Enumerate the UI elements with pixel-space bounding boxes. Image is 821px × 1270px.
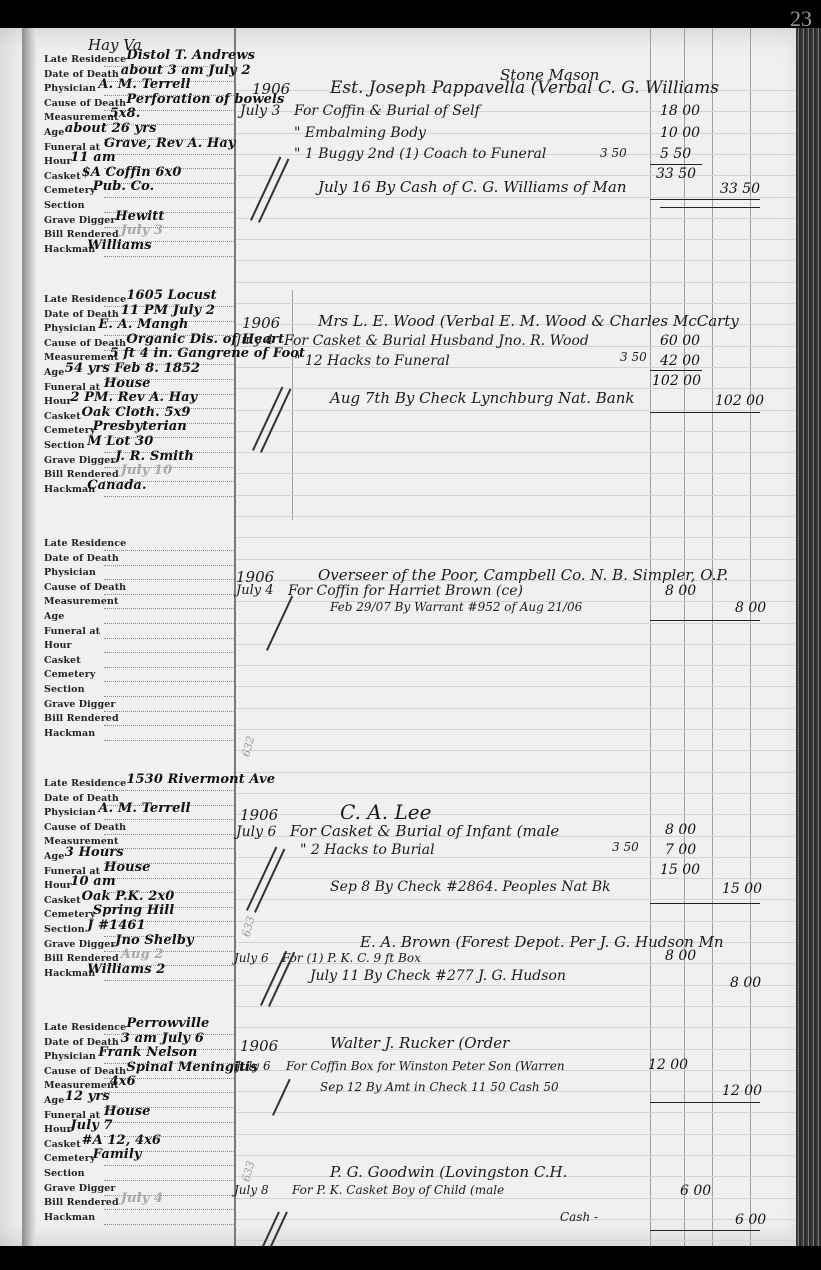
field-dotted-line [104,1180,236,1181]
field-dotted-line [104,878,236,879]
field-value: House [104,1104,151,1119]
ledger-rule [236,537,796,538]
entry-total: 33 50 [656,166,696,182]
entry-date: July 4 [236,583,274,598]
charge-line: For Coffin Box for Winston Peter Son (Wa… [286,1059,565,1073]
field-value: 1605 Locust [126,288,216,303]
payment-line: Cash - [560,1210,598,1224]
ledger-rule [236,708,796,709]
account-name: Overseer of the Poor, Campbell Co. N. B.… [318,566,728,584]
field-dotted-line [104,980,236,981]
entry-total: 15 00 [660,862,700,878]
field-value: House [104,860,151,875]
field-label: Cemetery [44,185,95,196]
field-value: 54 yrs Feb 8. 1852 [65,361,200,376]
sum-underline [650,370,702,371]
ledger-rule [236,772,796,773]
field-dotted-line [104,740,236,741]
field-label: Age [44,367,64,378]
field-label: Date of Death [44,553,119,564]
field-dotted-line [104,623,236,624]
page-number: 23 [790,6,812,32]
ledger-rule [236,495,796,496]
ledger-rule [236,473,796,474]
charge-line: For Coffin for Harriet Brown (ce) [288,583,523,599]
field-label: Age [44,1095,64,1106]
field-row: Age [44,611,234,625]
field-row: Section [44,1168,234,1182]
field-value: Aug 2 [121,947,164,962]
settled-underline [650,620,760,621]
settled-underline [650,1102,760,1103]
field-label: Section [44,200,85,211]
field-row: HackmanWilliams [44,244,234,258]
payment-line: Aug 7th By Check Lynchburg Nat. Bank [330,389,634,407]
ledger-rule [236,1006,796,1007]
payment-amount: 33 50 [720,181,760,197]
field-value: July 7 [70,1118,112,1133]
charge-amount: 6 00 [680,1183,711,1199]
field-dotted-line [104,1165,236,1166]
field-row: HackmanCanada. [44,484,234,498]
entry-year: 1906 [240,806,278,824]
entry-year: 1906 [240,1037,278,1055]
page-stack-edge [796,28,821,1246]
charge-amount: 7 00 [665,842,696,858]
settled-underline [650,1230,760,1231]
field-row: Cause of Death [44,582,234,596]
field-dotted-line [104,608,236,609]
field-label: Casket [44,171,81,182]
field-value: Family [93,1147,142,1162]
field-value: 3 Hours [65,845,124,860]
payment-amount: 15 00 [722,881,762,897]
field-row: Bill Rendered [44,713,234,727]
ledger-rule [236,985,796,986]
ledger-rule [236,1155,796,1156]
field-row: Hour [44,640,234,654]
ledger-rule [236,1198,796,1199]
ledger-rule [236,644,796,645]
field-dotted-line [104,725,236,726]
ledger-rule [236,410,796,411]
field-dotted-line [104,681,236,682]
field-value: Pub. Co. [93,179,154,194]
charge-line: For Casket & Burial Husband Jno. R. Wood [284,333,589,349]
payment-line: Sep 8 By Check #2864. Peoples Nat Bk [330,879,611,895]
ledger-rule [236,282,796,283]
column-divider-credit [712,28,713,1246]
field-label: Casket [44,411,81,422]
payment-line: July 16 By Cash of C. G. Williams of Man [318,178,626,196]
field-value: Perrowville [126,1016,209,1031]
ledger-rule [236,1134,796,1135]
field-value: Oak P.K. 2x0 [82,889,175,904]
field-dotted-line [104,496,236,497]
field-dotted-line [104,565,236,566]
account-name: C. A. Lee [340,800,431,824]
charge-amount: 5 50 [660,146,691,162]
ledger-rule [236,899,796,900]
payment-amount: 102 00 [715,393,764,409]
field-label: Bill Rendered [44,1197,119,1208]
ledger-rule [236,1240,796,1241]
ledger-rule [236,303,796,304]
field-label: Grave Digger [44,455,116,466]
field-dotted-line [104,594,236,595]
field-value: $A Coffin 6x0 [82,165,182,180]
charge-rate: 3 50 [620,350,647,364]
charge-line: " Embalming Body [294,125,426,141]
field-value: Hewitt [115,209,164,224]
field-label: Cause of Death [44,822,126,833]
charge-amount: 42 00 [660,353,700,369]
charge-amount: 10 00 [660,125,700,141]
ledger-rule [236,516,796,517]
field-row: Funeral at [44,626,234,640]
ledger-rule [236,793,796,794]
field-label: Physician [44,1051,96,1062]
field-value: 12 yrs [65,1089,110,1104]
charge-amount: 8 00 [665,948,696,964]
field-value: Williams 2 [87,962,165,977]
charge-line: For P. K. Casket Boy of Child (male [292,1183,504,1197]
entry-year: 1906 [252,80,290,98]
payment-line: July 11 By Check #277 J. G. Hudson [310,968,566,984]
field-label: Hackman [44,728,95,739]
field-dotted-line [104,154,236,155]
charge-line: For Casket & Burial of Infant (male [290,822,559,840]
field-label: Section [44,924,85,935]
field-label: Section [44,684,85,695]
payment-amount: 8 00 [735,600,766,616]
field-row: CemeteryPub. Co. [44,185,234,199]
field-dotted-line [104,1224,236,1225]
field-value: Distol T. Andrews [126,48,255,63]
field-value: House [104,376,151,391]
field-value: Presbyterian [93,419,187,434]
ledger-rule [236,431,796,432]
field-label: Section [44,440,85,451]
field-label: Physician [44,323,96,334]
entry-date: July 6 [234,951,269,965]
field-label: Hour [44,396,72,407]
field-row: Casket [44,655,234,669]
ledger-rule [236,559,796,560]
field-label: Cemetery [44,669,95,680]
field-row: HackmanWilliams 2 [44,968,234,982]
charge-line: For Coffin & Burial of Self [294,103,480,119]
field-label: Age [44,611,64,622]
field-label: Cause of Death [44,582,126,593]
charge-amount: 8 00 [665,822,696,838]
field-label: Physician [44,567,96,578]
field-dotted-line [104,579,236,580]
ledger-rule [236,814,796,815]
field-label: Late Residence [44,778,126,789]
entry-date: July 6 [236,1059,271,1073]
field-dotted-line [104,1122,236,1123]
field-label: Hackman [44,1212,95,1223]
field-row: Date of Death [44,553,234,567]
field-row: PhysicianA. M. Terrell [44,807,234,821]
field-row: Measurement [44,596,234,610]
field-row: Cause of Death [44,822,234,836]
settled-underline [660,207,760,208]
field-value: about 26 yrs [65,121,157,136]
field-row: Bill RenderedJuly 4 [44,1197,234,1211]
ledger-rule [236,452,796,453]
field-label: Physician [44,807,96,818]
field-dotted-line [104,834,236,835]
field-row: CemeteryFamily [44,1153,234,1167]
account-name: Walter J. Rucker (Order [330,1034,509,1052]
field-row: Cemetery [44,669,234,683]
field-label: Late Residence [44,54,126,65]
ledger-rule [236,218,796,219]
field-value: July 4 [121,1191,163,1206]
field-value: Frank Nelson [98,1045,197,1060]
ledger-rule [236,239,796,240]
field-value: 10 am [70,874,115,889]
field-value: Jno Shelby [115,933,194,948]
field-dotted-line [104,790,236,791]
field-value: 11 PM July 2 [121,303,215,318]
field-label: Casket [44,655,81,666]
field-value: July 3 [121,223,163,238]
field-dotted-line [104,638,236,639]
ledger-rule [236,686,796,687]
entry-date: July 6 [236,824,276,840]
field-label: Late Residence [44,1022,126,1033]
field-label: Grave Digger [44,699,116,710]
charge-line: " 2 Hacks to Burial [300,842,435,858]
field-label: Late Residence [44,294,126,305]
account-name: Est. Joseph Pappavella (Verbal C. G. Wil… [330,78,719,98]
charge-amount: 8 00 [665,583,696,599]
payment-amount: 12 00 [722,1083,762,1099]
ledger-rule [236,1049,796,1050]
field-dotted-line [104,1209,236,1210]
field-label: Grave Digger [44,1183,116,1194]
ledger-rule [236,750,796,751]
field-value: July 10 [121,463,172,478]
field-row: Hackman [44,1212,234,1226]
field-value: A. M. Terrell [98,77,190,92]
field-value: E. A. Mangh [98,317,188,332]
field-row: Cause of DeathSpinal Meningitis [44,1066,234,1080]
ledger-rule [236,197,796,198]
field-label: Grave Digger [44,939,116,950]
field-label: Hour [44,1124,72,1135]
field-dotted-line [104,711,236,712]
settled-underline [650,903,760,904]
settled-underline [650,412,760,413]
field-value: M Lot 30 [87,434,153,449]
payment-line: Feb 29/07 By Warrant #952 of Aug 21/06 [330,600,582,614]
entry-date: July 3 [240,103,280,119]
entry-year: 1906 [242,314,280,332]
charge-amount: 18 00 [660,103,700,119]
field-dotted-line [104,667,236,668]
field-value: 1530 Rivermont Ave [126,772,275,787]
charge-amount: 12 00 [648,1057,688,1073]
ledger-rule [236,1112,796,1113]
field-row: Section [44,684,234,698]
field-dotted-line [104,696,236,697]
field-value: A. M. Terrell [98,801,190,816]
sum-underline [650,164,702,165]
account-name: Mrs L. E. Wood (Verbal E. M. Wood & Char… [318,312,739,330]
field-value: 2 PM. Rev A. Hay [70,390,197,405]
account-name: P. G. Goodwin (Lovingston C.H. [330,1163,567,1181]
field-label: Late Residence [44,538,126,549]
payment-amount: 6 00 [735,1212,766,1228]
field-value: #A 12, 4x6 [82,1133,162,1148]
ledger-rule [236,1027,796,1028]
field-row: Grave Digger [44,699,234,713]
field-label: Casket [44,1139,81,1150]
field-value: 3 am July 6 [121,1031,204,1046]
entry-date: July 4 [236,333,274,348]
field-dotted-line [104,1092,236,1093]
field-label: Physician [44,83,96,94]
field-label: Cemetery [44,1153,95,1164]
settled-underline [650,199,760,200]
field-label: Grave Digger [44,215,116,226]
entry-date: July 8 [234,1183,269,1197]
field-label: Section [44,1168,85,1179]
ledger-rule [236,1219,796,1220]
field-value: Williams [87,238,151,253]
ledger-rule [236,921,796,922]
payment-amount: 8 00 [730,975,761,991]
field-label: Funeral at [44,626,100,637]
field-value: J #1461 [87,918,145,933]
field-row: Late Residence [44,538,234,552]
field-row: Hackman [44,728,234,742]
field-dotted-line [104,550,236,551]
charge-line: " 1 Buggy 2nd (1) Coach to Funeral [294,146,546,162]
payment-line: Sep 12 By Amt in Check 11 50 Cash 50 [320,1080,559,1094]
field-value: 4x6 [110,1074,136,1089]
field-value: Canada. [87,478,146,493]
book-gutter [22,28,36,1246]
field-value: 5x8. [110,106,141,121]
field-label: Measurement [44,596,119,607]
field-value: Spring Hill [93,903,175,918]
field-label: Casket [44,895,81,906]
field-row: Physician [44,567,234,581]
field-label: Hour [44,880,72,891]
charge-line: For (1) P. K. C. 9 ft Box [282,951,421,965]
field-label: Hour [44,156,72,167]
field-label: Age [44,127,64,138]
field-value: 11 am [70,150,115,165]
field-label: Bill Rendered [44,713,119,724]
column-divider-credit-cents [750,28,751,1246]
charge-line: " 12 Hacks to Funeral [294,353,450,369]
charge-rate: 3 50 [612,840,639,854]
field-value: J. R. Smith [115,449,194,464]
field-dotted-line [104,819,236,820]
field-value: about 3 am July 2 [121,63,251,78]
field-label: Hour [44,640,72,651]
field-dotted-line [104,197,236,198]
ledger-rule [236,175,796,176]
charge-amount: 60 00 [660,333,700,349]
ledger-rule [236,665,796,666]
field-dotted-line [104,256,236,257]
field-dotted-line [104,652,236,653]
field-value: Grave, Rev A. Hay [104,136,236,151]
entry-total: 102 00 [652,373,701,389]
field-value: 5 ft 4 in. Gangrene of Foot [110,346,306,361]
field-label: Age [44,851,64,862]
ledger-rule [236,623,796,624]
field-row: Late Residence1530 Rivermont Ave [44,778,234,792]
charge-rate: 3 50 [600,146,627,160]
field-value: Oak Cloth. 5x9 [82,405,191,420]
ledger-rule [236,260,796,261]
ledger-rule [236,729,796,730]
